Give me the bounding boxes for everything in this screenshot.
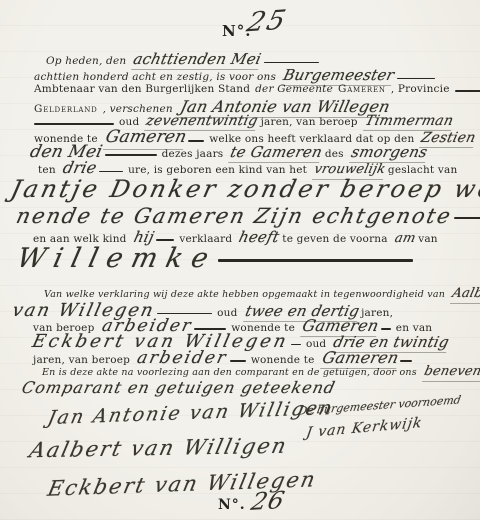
printed-text: van	[418, 233, 438, 245]
next-record-number-value: 26	[249, 486, 289, 516]
fill-dash	[218, 259, 413, 262]
fill-dash	[188, 140, 204, 142]
handwritten-text: nende te Gameren Zijn echtgenote	[14, 204, 455, 228]
document-line: nende te Gameren Zijn echtgenote	[14, 204, 480, 228]
fill-dash	[455, 90, 480, 92]
handwritten-text: Comparant en getuigen geteekend	[20, 379, 337, 397]
handwritten-text: Willemke	[14, 243, 220, 274]
fill-dash	[194, 328, 226, 330]
printed-text: Gameren	[338, 83, 386, 95]
fill-dash	[34, 123, 114, 125]
fill-dash	[397, 78, 435, 80]
fill-dash	[400, 360, 412, 362]
fill-dash	[381, 328, 391, 330]
document-line: Comparant en getuigen geteekend	[20, 379, 333, 397]
printed-text: Op heden, den	[46, 55, 126, 67]
birth-certificate-document: N°. 25 Op heden, denachttienden Meiachtt…	[0, 0, 480, 520]
record-number-value: 25	[244, 5, 291, 39]
printed-text: Ambtenaar van den Burgerlijken Stand	[34, 83, 250, 95]
document-line: Jantje Donker zonder beroep wo	[8, 176, 480, 204]
document-line: Ambtenaar van den Burgerlijken Standder …	[34, 83, 480, 95]
document-line: Willemke	[14, 243, 413, 274]
fill-dash	[291, 344, 301, 346]
printed-text: der Gemeente	[255, 83, 333, 95]
fill-dash	[157, 313, 212, 315]
fill-dash	[230, 360, 246, 362]
printed-text: , Provincie	[391, 83, 450, 95]
handwritten-text: Aalbert	[450, 287, 480, 304]
next-record-number-label: N°.	[218, 497, 246, 513]
fill-dash	[105, 154, 157, 156]
handwritten-text: benevens	[422, 365, 480, 382]
printed-text: jaren, van beroep	[261, 116, 358, 128]
fill-dash	[264, 62, 319, 64]
fill-dash	[156, 239, 174, 241]
signature: Jan Antonie van Willigen	[46, 397, 336, 429]
signature: Aalbert van Willigen	[27, 434, 290, 463]
fill-dash	[454, 217, 480, 219]
printed-text: achttien honderd acht en zestig, is voor…	[34, 71, 276, 83]
handwritten-text: Jantje Donker zonder beroep wo	[8, 176, 480, 204]
fill-dash	[99, 171, 123, 173]
